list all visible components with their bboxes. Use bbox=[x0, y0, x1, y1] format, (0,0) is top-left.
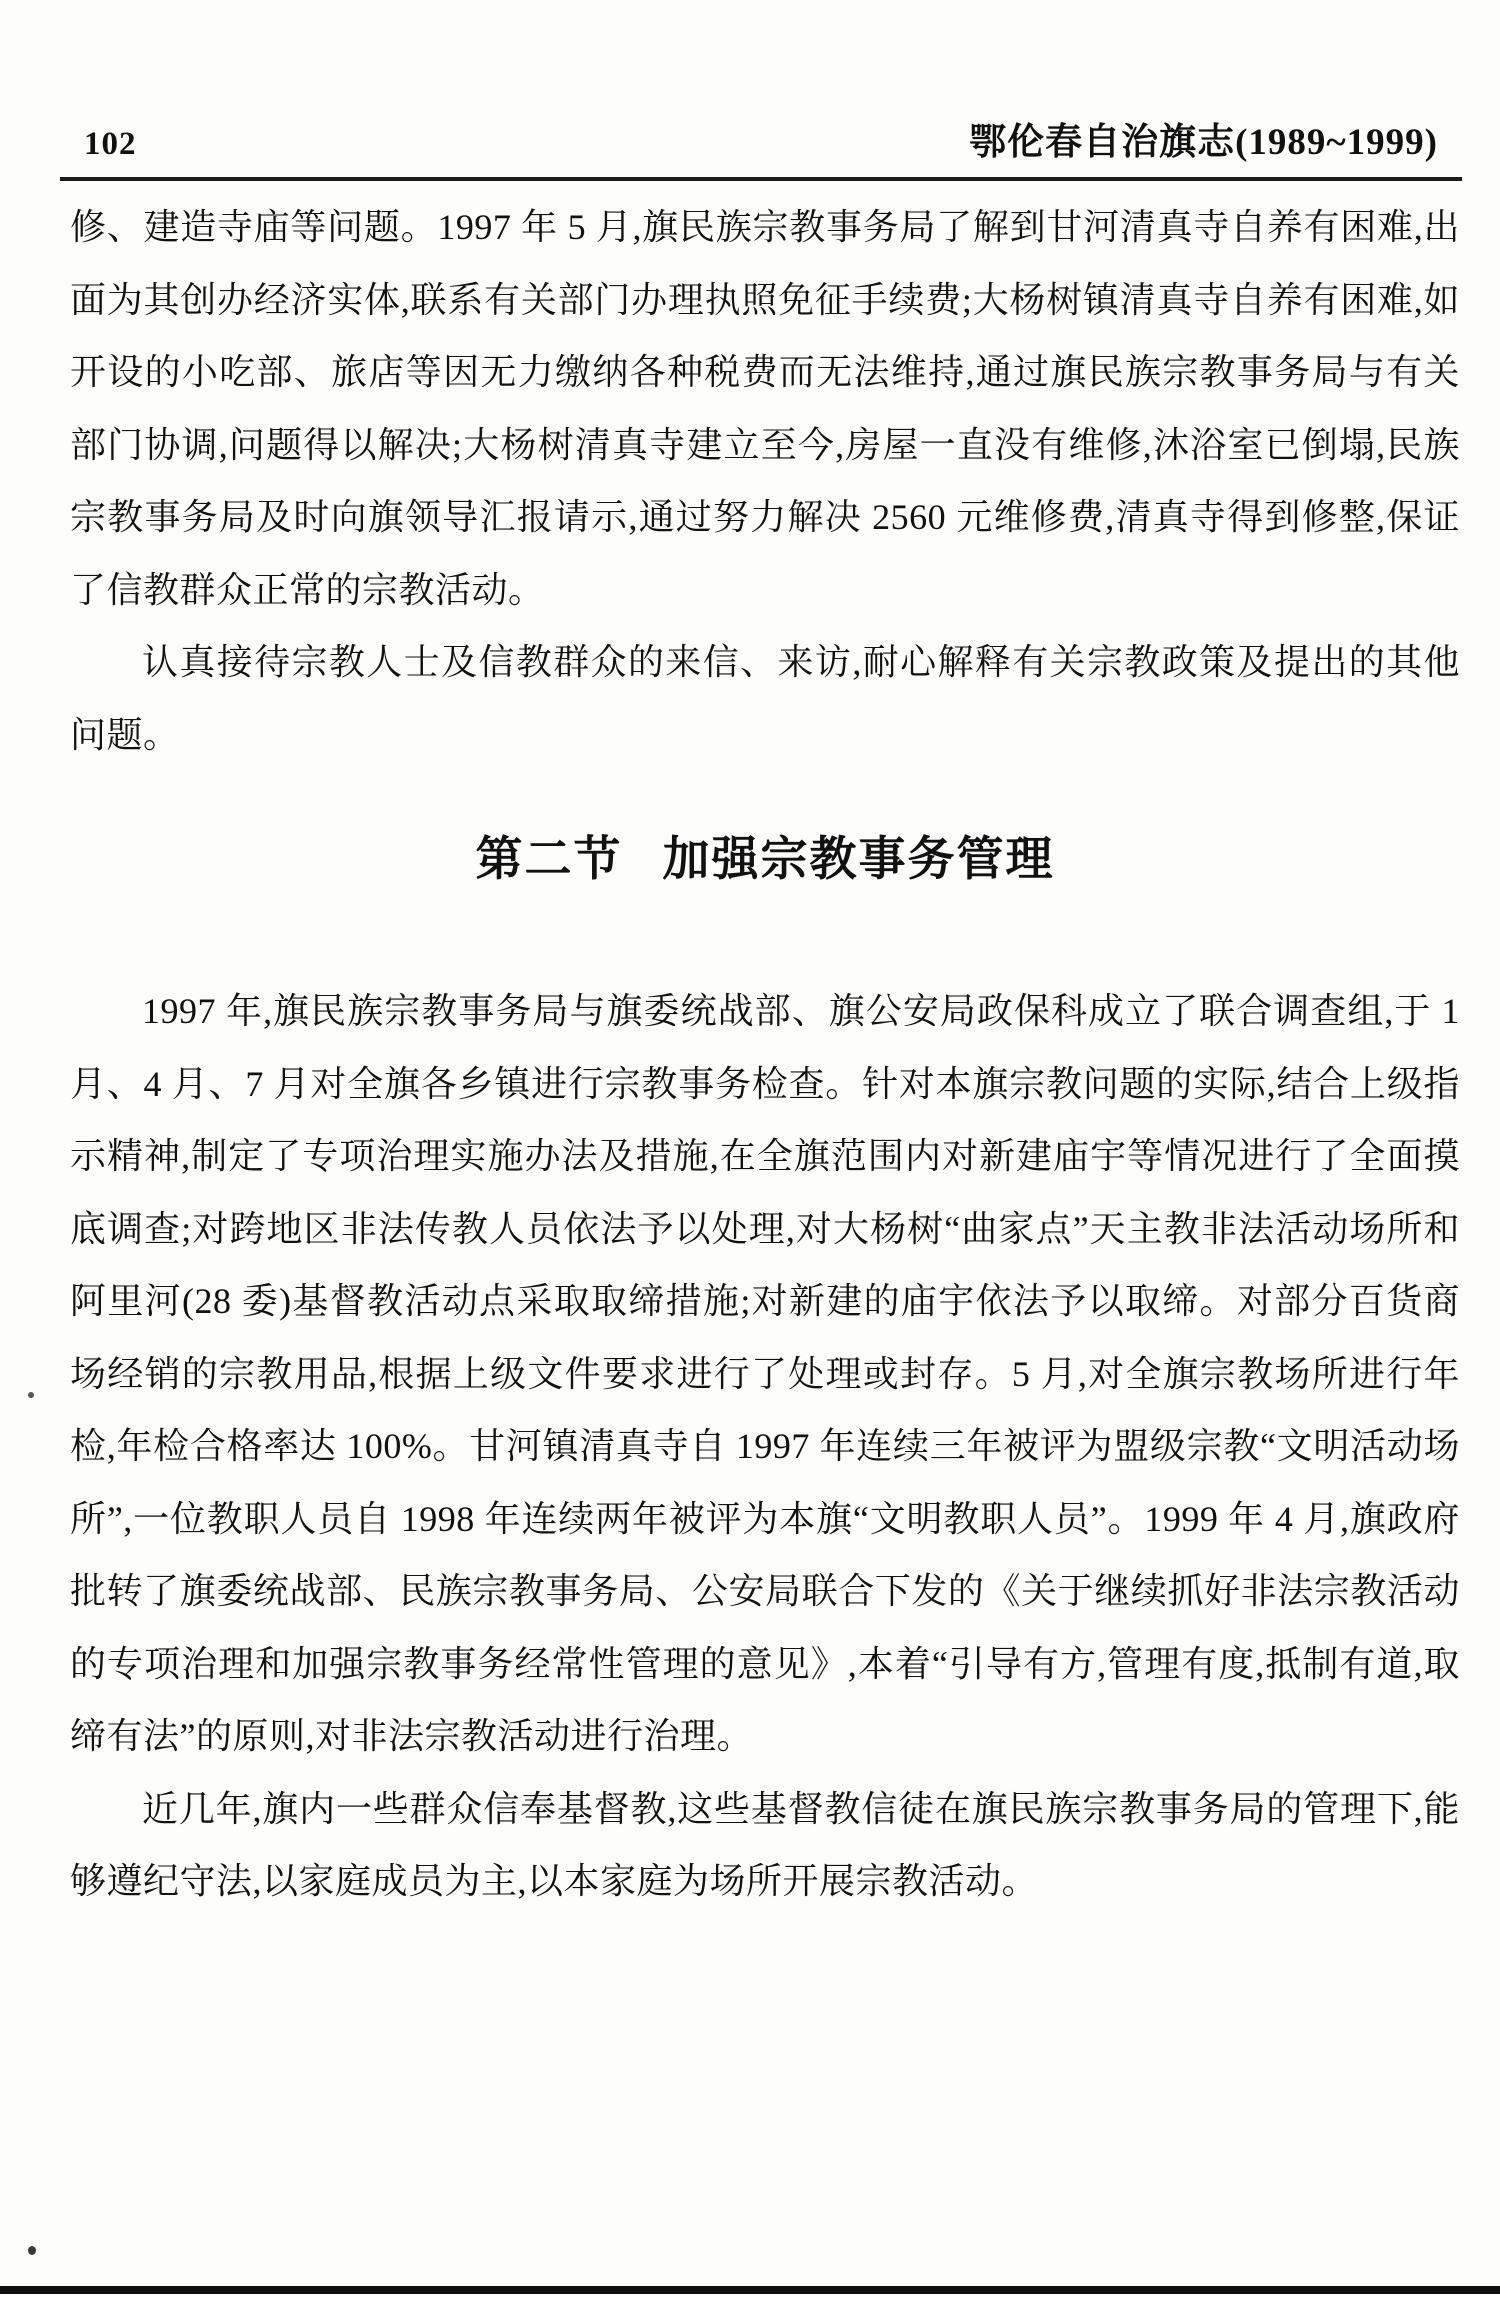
page-body: 修、建造寺庙等问题。1997 年 5 月,旗民族宗教事务局了解到甘河清真寺自养有… bbox=[0, 181, 1500, 1918]
paragraph-reception: 认真接待宗教人士及信教群众的来信、来访,耐心解释有关宗教政策及提出的其他问题。 bbox=[70, 626, 1460, 771]
book-page: 102 鄂伦春自治旗志(1989~1999) 修、建造寺庙等问题。1997 年 … bbox=[0, 0, 1500, 2300]
scan-speck-icon bbox=[28, 2246, 36, 2255]
section-number: 第二节 bbox=[476, 834, 623, 886]
paragraph-recent-years: 近几年,旗内一些群众信奉基督教,这些基督教信徒在旗民族宗教事务局的管理下,能够遵… bbox=[70, 1773, 1460, 1918]
book-title: 鄂伦春自治旗志(1989~1999) bbox=[969, 124, 1438, 161]
running-head: 102 鄂伦春自治旗志(1989~1999) bbox=[0, 0, 1500, 161]
page-number: 102 bbox=[84, 128, 137, 161]
paragraph-temple-repairs: 修、建造寺庙等问题。1997 年 5 月,旗民族宗教事务局了解到甘河清真寺自养有… bbox=[70, 191, 1460, 626]
scan-edge-bar bbox=[0, 2286, 1500, 2294]
paragraph-management: 1997 年,旗民族宗教事务局与旗委统战部、旗公安局政保科成立了联合调查组,于 … bbox=[70, 975, 1460, 1773]
section-title: 加强宗教事务管理 bbox=[662, 834, 1054, 886]
section-heading: 第二节加强宗教事务管理 bbox=[70, 829, 1460, 891]
scan-speck-icon bbox=[28, 1392, 34, 1398]
